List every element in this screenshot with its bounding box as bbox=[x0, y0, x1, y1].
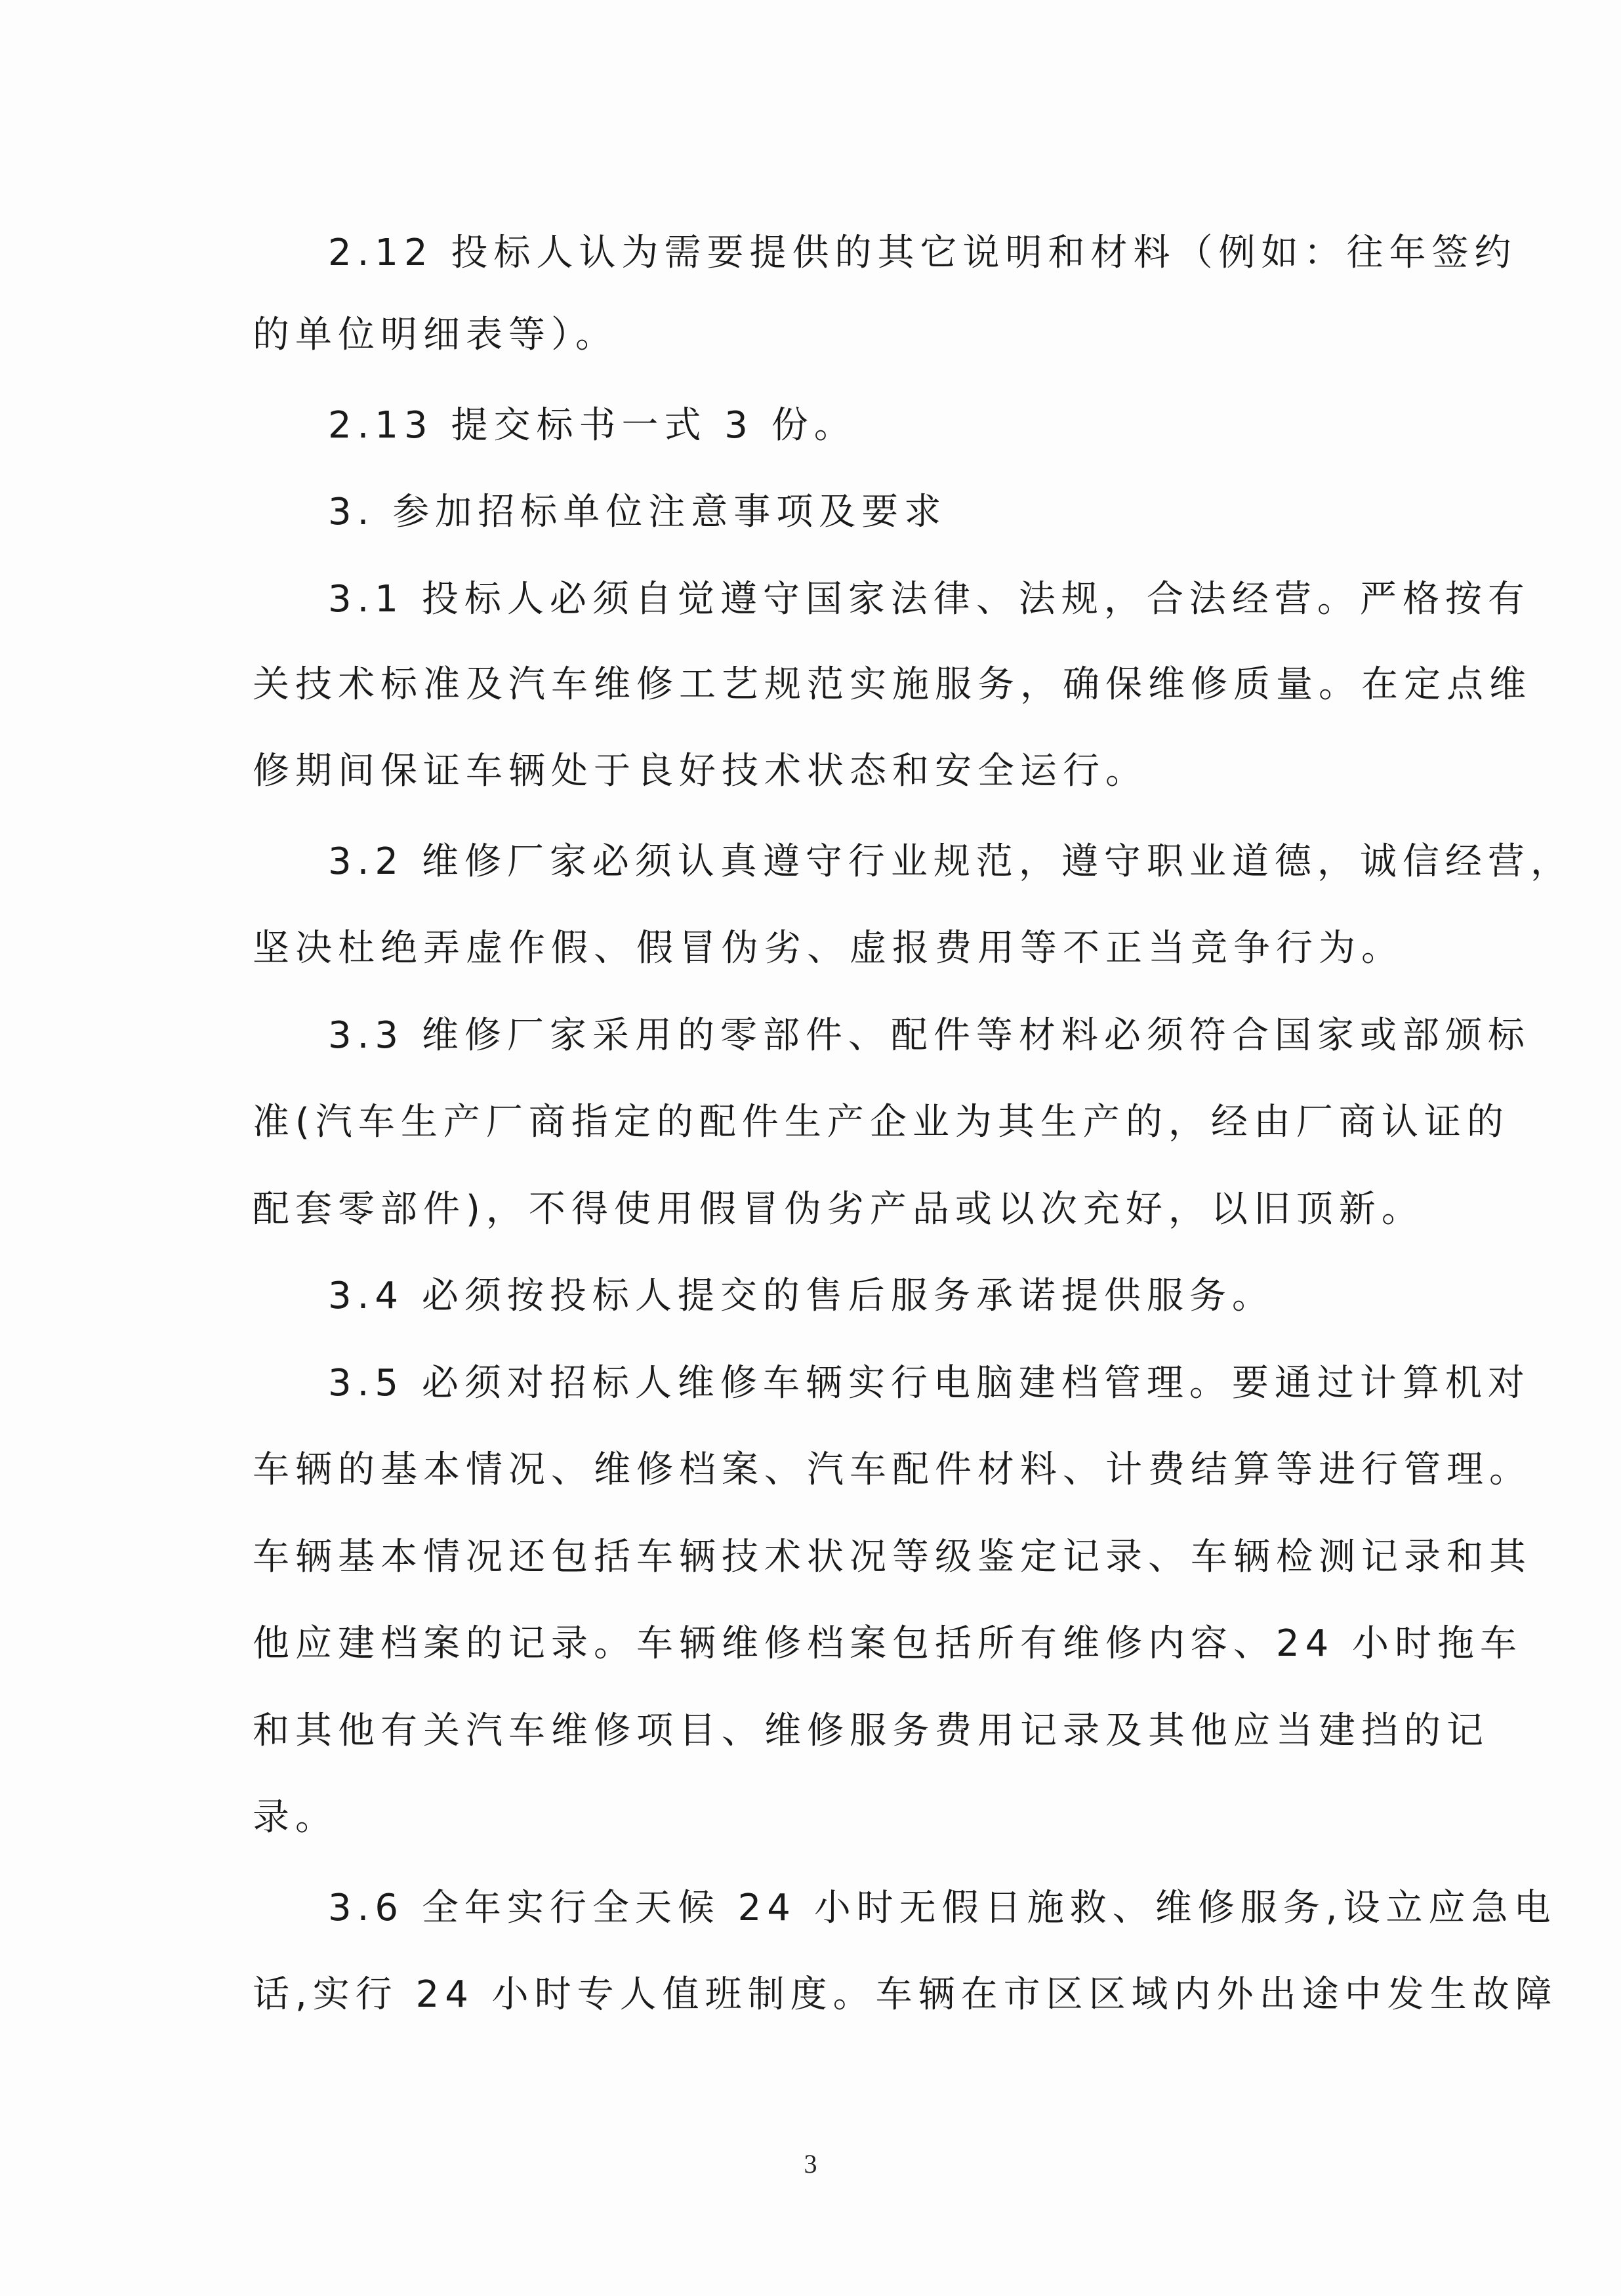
paragraph-3-3-line-1: 3.3 维修厂家采用的零部件、配件等材料必须符合国家或部颁标 bbox=[328, 1012, 1530, 1059]
paragraph-3-2-line-1: 3.2 维修厂家必须认真遵守行业规范，遵守职业道德，诚信经营， bbox=[328, 838, 1573, 886]
paragraph-3-6-line-2: 话,实行 24 小时专人值班制度。车辆在市区区域内外出途中发生故障 bbox=[253, 1971, 1558, 2019]
paragraph-3-5-line-6: 录。 bbox=[253, 1794, 338, 1841]
paragraph-3-3-line-2: 准(汽车生产厂商指定的配件生产企业为其生产的，经由厂商认证的 bbox=[253, 1099, 1509, 1146]
paragraph-3-1-line-3: 修期间保证车辆处于良好技术状态和安全运行。 bbox=[253, 748, 1148, 795]
section-3-heading: 3. 参加招标单位注意事项及要求 bbox=[328, 489, 947, 536]
paragraph-3-1-line-1: 3.1 投标人必须自觉遵守国家法律、法规，合法经营。严格按有 bbox=[328, 576, 1530, 623]
paragraph-3-5-line-2: 车辆的基本情况、维修档案、汽车配件材料、计费结算等进行管理。 bbox=[253, 1446, 1532, 1494]
paragraph-3-5-line-3: 车辆基本情况还包括车辆技术状况等级鉴定记录、车辆检测记录和其 bbox=[253, 1534, 1532, 1581]
paragraph-3-2-line-2: 坚决杜绝弄虚作假、假冒伪劣、虚报费用等不正当竞争行为。 bbox=[253, 925, 1404, 972]
document-page: 2.12 投标人认为需要提供的其它说明和材料（例如：往年签约 的单位明细表等）。… bbox=[0, 0, 1621, 2296]
page-number: 3 bbox=[0, 2148, 1621, 2179]
paragraph-3-3-line-3: 配套零部件)，不得使用假冒伪劣产品或以次充好，以旧顶新。 bbox=[253, 1186, 1424, 1233]
paragraph-2-13: 2.13 提交标书一式 3 份。 bbox=[328, 402, 857, 449]
paragraph-2-12-line-1: 2.12 投标人认为需要提供的其它说明和材料（例如：往年签约 bbox=[328, 230, 1517, 277]
paragraph-2-12-line-2: 的单位明细表等）。 bbox=[253, 312, 618, 359]
paragraph-3-5-line-5: 和其他有关汽车维修项目、维修服务费用记录及其他应当建挡的记 bbox=[253, 1708, 1489, 1755]
paragraph-3-1-line-2: 关技术标准及汽车维修工艺规范实施服务，确保维修质量。在定点维 bbox=[253, 661, 1532, 708]
paragraph-3-4: 3.4 必须按投标人提交的售后服务承诺提供服务。 bbox=[328, 1273, 1275, 1320]
paragraph-3-6-line-1: 3.6 全年实行全天候 24 小时无假日施救、维修服务,设立应急电 bbox=[328, 1885, 1557, 1932]
paragraph-3-5-line-4: 他应建档案的记录。车辆维修档案包括所有维修内容、24 小时拖车 bbox=[253, 1620, 1523, 1668]
paragraph-3-5-line-1: 3.5 必须对招标人维修车辆实行电脑建档管理。要通过计算机对 bbox=[328, 1360, 1530, 1407]
